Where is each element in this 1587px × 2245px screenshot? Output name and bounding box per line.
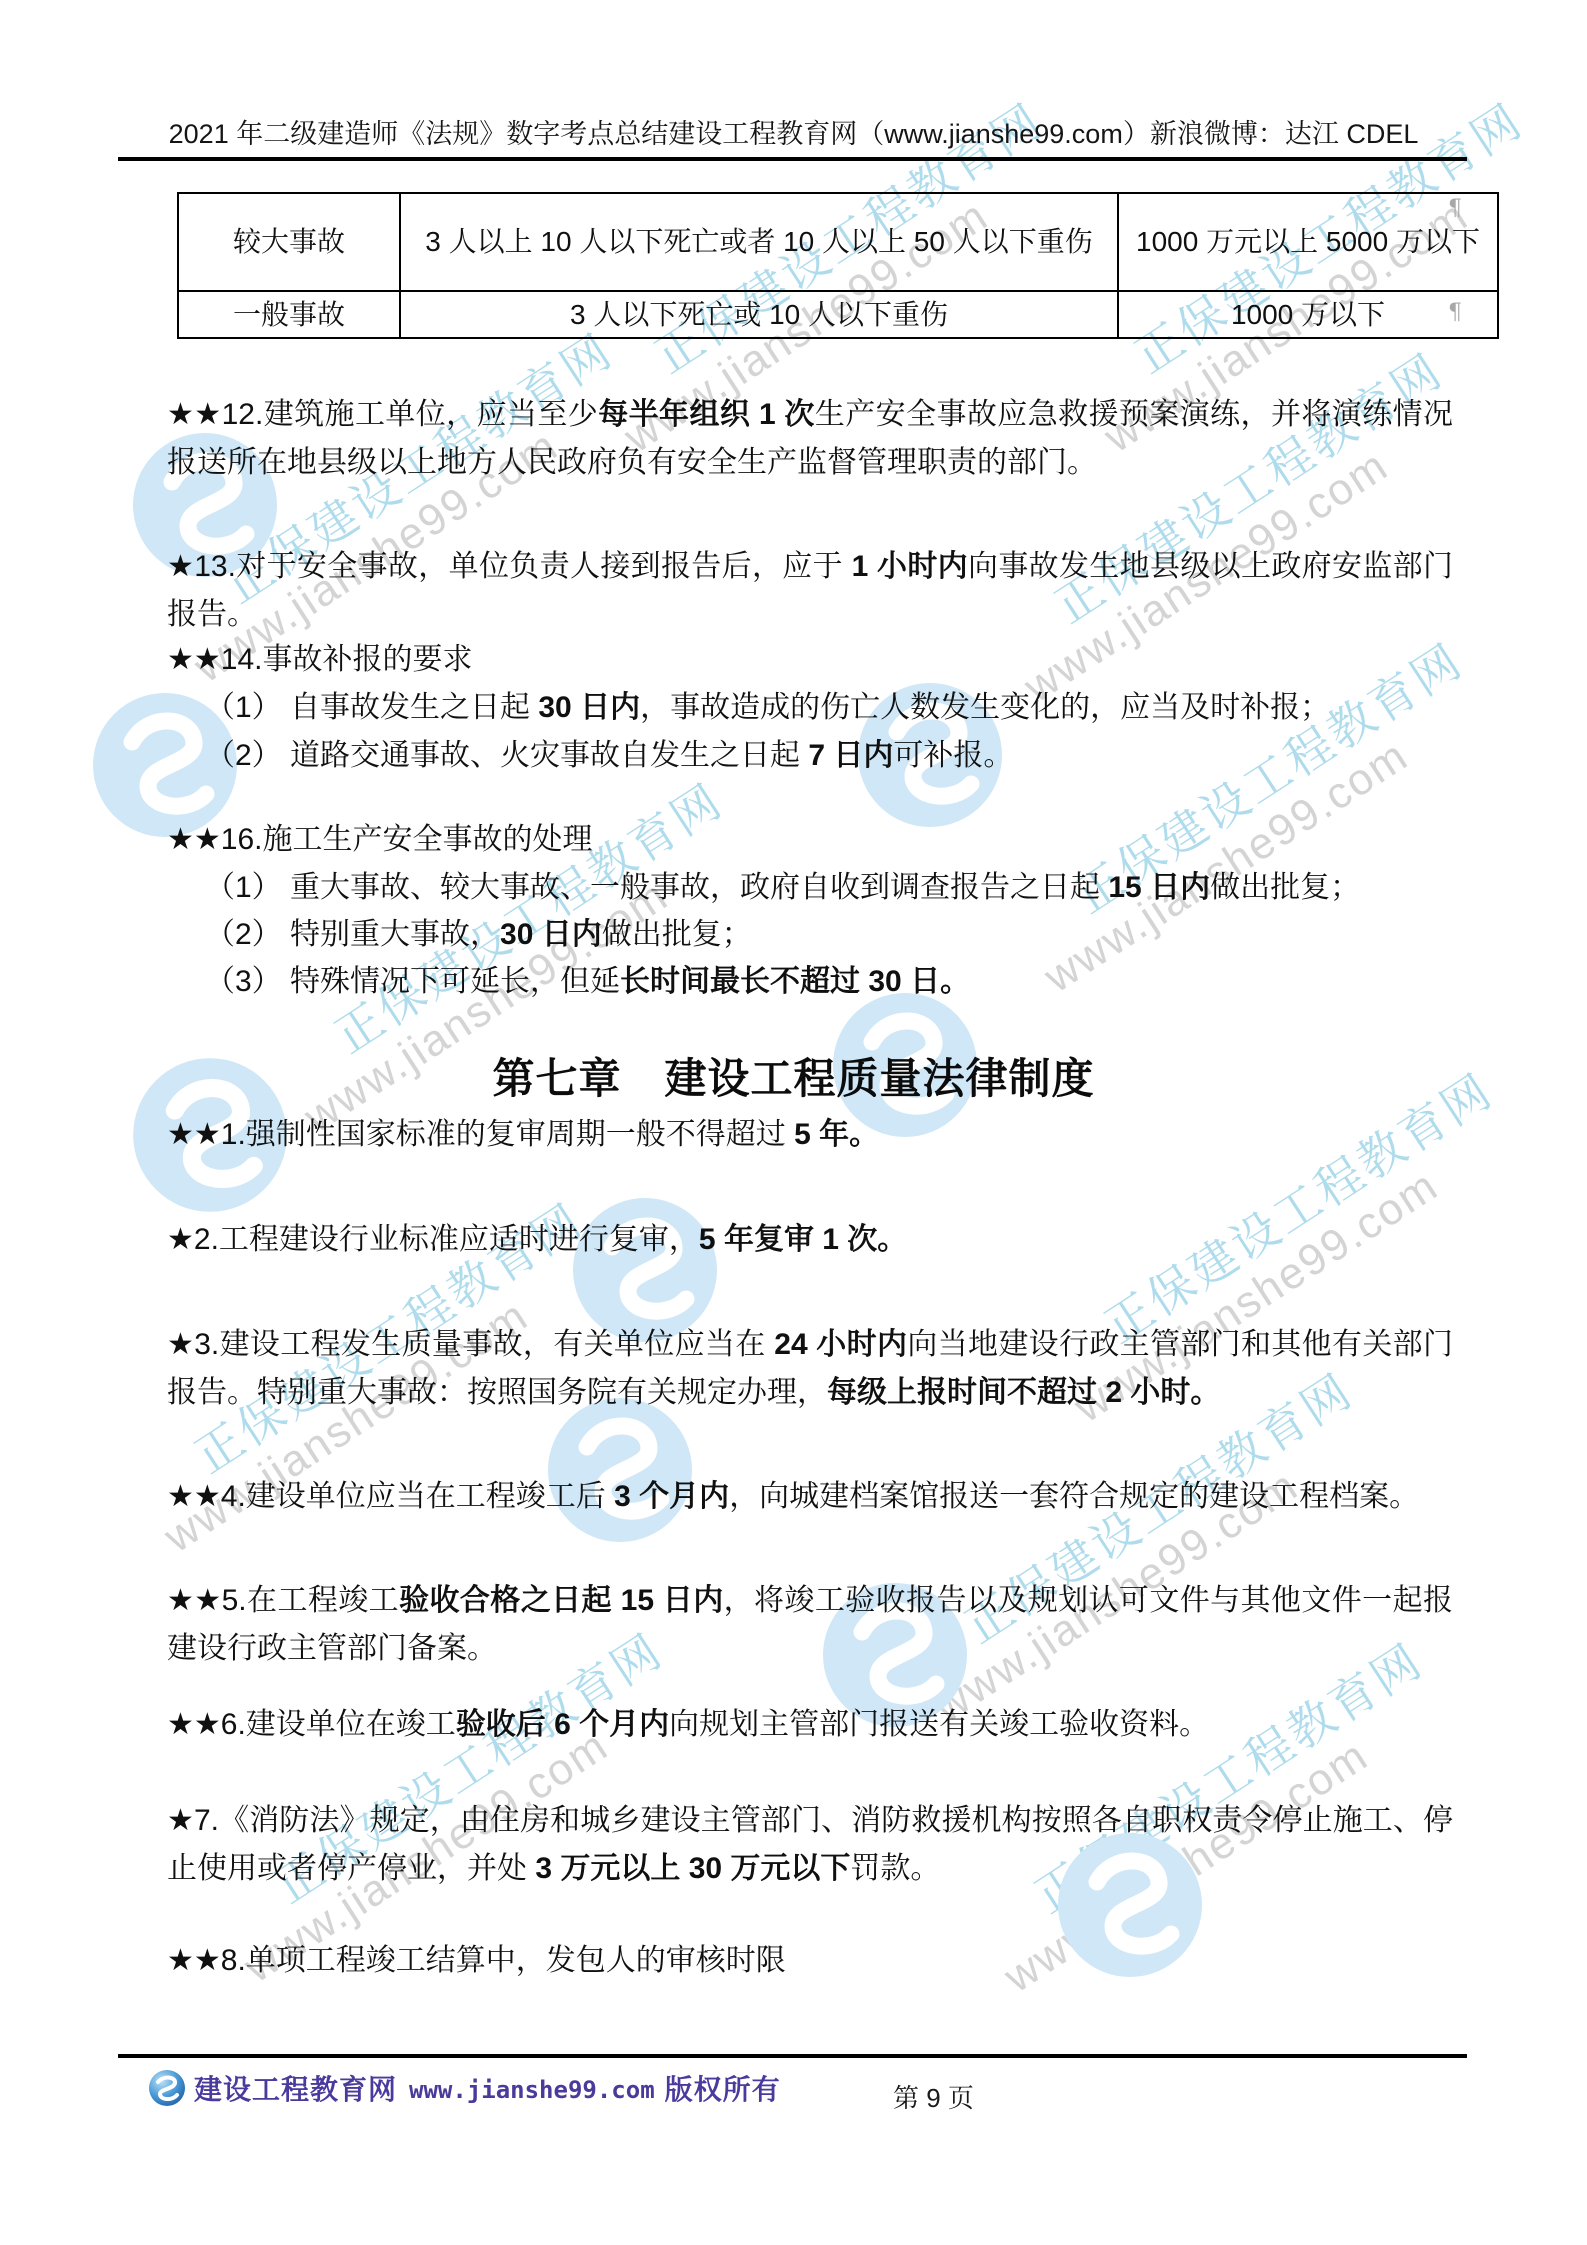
paragraph-mark: ¶ xyxy=(1448,300,1462,325)
point-8: ★★8.单项工程竣工结算中，发包人的审核时限 xyxy=(167,1937,1453,1985)
text-run: （1） 重大事故、较大事故、一般事故，政府自收到调查报告之日起 xyxy=(205,871,1108,904)
chapter-title: 第七章 建设工程质量法律制度 xyxy=(0,1046,1587,1106)
text-run: 向规划主管部门报送有关竣工验收资料。 xyxy=(669,1708,1209,1741)
bold-text-run: 24 小时内 xyxy=(774,1328,907,1361)
footer-copyright-line: 建设工程教育网 www.jianshe99.com 版权所有 xyxy=(148,2068,781,2108)
point-13: ★13.对于安全事故，单位负责人接到报告后，应于 1 小时内向事故发生地县级以上… xyxy=(167,543,1453,639)
text-run: ★13.对于安全事故，单位负责人接到报告后，应于 xyxy=(167,550,852,583)
footer-site-url: www.jianshe99.com xyxy=(409,2076,655,2104)
accident-grade-table: 较大事故 3 人以上 10 人以下死亡或者 10 人以上 50 人以下重伤 10… xyxy=(177,192,1499,339)
table-cell-loss: 1000 万元以上 5000 万以下 xyxy=(1118,193,1498,291)
point-7: ★7.《消防法》规定，由住房和城乡建设主管部门、消防救援机构按照各自职权责令停止… xyxy=(167,1797,1453,1893)
point-3: ★3.建设工程发生质量事故，有关单位应当在 24 小时内向当地建设行政主管部门和… xyxy=(167,1321,1453,1417)
paragraph-mark: ¶ xyxy=(1448,196,1462,221)
text-run: ，向城建档案馆报送一套符合规定的建设工程档案。 xyxy=(729,1480,1419,1513)
text-run: （2） 道路交通事故、火灾事故自发生之日起 xyxy=(205,739,808,772)
page-number: 第 9 页 xyxy=(893,2078,974,2115)
point-14-item-2: （2） 道路交通事故、火灾事故自发生之日起 7 日内可补报。 xyxy=(205,732,1453,780)
bold-text-run: 1 小时内 xyxy=(852,550,968,583)
content-layer: 2021 年二级建造师《法规》数字考点总结建设工程教育网（www.jianshe… xyxy=(0,0,1587,2245)
table-row: 较大事故 3 人以上 10 人以下死亡或者 10 人以上 50 人以下重伤 10… xyxy=(178,193,1498,291)
point-12: ★★12.建筑施工单位，应当至少每半年组织 1 次生产安全事故应急救援预案演练，… xyxy=(167,391,1453,487)
bold-text-run: 5 年。 xyxy=(794,1118,879,1151)
table-row: 一般事故 3 人以下死亡或 10 人以下重伤 1000 万以下 xyxy=(178,291,1498,338)
point-4: ★★4.建设单位应当在工程竣工后 3 个月内，向城建档案馆报送一套符合规定的建设… xyxy=(167,1473,1453,1521)
bold-text-run: 7 日内 xyxy=(808,739,893,772)
bold-text-run: 5 年复审 1 次。 xyxy=(699,1223,907,1256)
bold-text-run: 长时间最长不超过 30 日。 xyxy=(620,965,970,998)
table-cell-grade: 较大事故 xyxy=(178,193,400,291)
document-page: 正保建设工程教育网www.jianshe99.com正保建设工程教育网www.j… xyxy=(0,0,1587,2245)
text-run: 做出批复； xyxy=(1210,871,1360,904)
table-cell-casualty: 3 人以上 10 人以下死亡或者 10 人以上 50 人以下重伤 xyxy=(400,193,1118,291)
point-6: ★★6.建设单位在竣工验收后 6 个月内向规划主管部门报送有关竣工验收资料。 xyxy=(167,1701,1453,1749)
text-run: 可补报。 xyxy=(893,739,1013,772)
text-run: （3） 特殊情况下可延长，但延 xyxy=(205,965,620,998)
text-run: ★★4.建设单位应当在工程竣工后 xyxy=(167,1480,614,1513)
point-16-item-3: （3） 特殊情况下可延长，但延长时间最长不超过 30 日。 xyxy=(205,958,1453,1006)
bold-text-run: 验收后 6 个月内 xyxy=(456,1708,669,1741)
text-run: 罚款。 xyxy=(850,1852,940,1885)
text-run: ★★1.强制性国家标准的复审周期一般不得超过 xyxy=(167,1118,794,1151)
header-rule xyxy=(118,157,1467,161)
point-5: ★★5.在工程竣工验收合格之日起 15 日内，将竣工验收报告以及规划认可文件与其… xyxy=(167,1577,1453,1673)
point-16-item-2: （2） 特别重大事故，30 日内做出批复； xyxy=(205,911,1453,959)
text-run: ★★16.施工生产安全事故的处理 xyxy=(167,823,593,856)
table-cell-casualty: 3 人以下死亡或 10 人以下重伤 xyxy=(400,291,1118,338)
text-run: ★2.工程建设行业标准应适时进行复审， xyxy=(167,1223,699,1256)
text-run: （1） 自事故发生之日起 xyxy=(205,691,538,724)
bold-text-run: 验收合格之日起 15 日内 xyxy=(399,1584,724,1617)
point-14-item-1: （1） 自事故发生之日起 30 日内，事故造成的伤亡人数发生变化的，应当及时补报… xyxy=(205,684,1453,732)
footer-rule xyxy=(118,2054,1467,2058)
bold-text-run: 每半年组织 1 次 xyxy=(598,398,815,431)
text-run: ★3.建设工程发生质量事故，有关单位应当在 xyxy=(167,1328,774,1361)
point-16-heading: ★★16.施工生产安全事故的处理 xyxy=(167,816,1453,864)
text-run: 做出批复； xyxy=(602,918,752,951)
bold-text-run: 30 日内 xyxy=(538,691,640,724)
text-run: ★★12.建筑施工单位，应当至少 xyxy=(167,398,598,431)
text-run: ，事故造成的伤亡人数发生变化的，应当及时补报； xyxy=(640,691,1330,724)
site-logo-icon xyxy=(148,2069,186,2107)
footer-site-name: 建设工程教育网 xyxy=(194,2068,397,2108)
bold-text-run: 3 万元以上 30 万元以下 xyxy=(535,1852,850,1885)
point-16-item-1: （1） 重大事故、较大事故、一般事故，政府自收到调查报告之日起 15 日内做出批… xyxy=(205,864,1453,912)
text-run: （2） 特别重大事故， xyxy=(205,918,500,951)
page-header-title: 2021 年二级建造师《法规》数字考点总结建设工程教育网（www.jianshe… xyxy=(0,112,1587,151)
footer-copyright: 版权所有 xyxy=(665,2068,781,2108)
point-14-heading: ★★14.事故补报的要求 xyxy=(167,636,1453,684)
bold-text-run: 每级上报时间不超过 2 小时。 xyxy=(827,1376,1220,1409)
point-2: ★2.工程建设行业标准应适时进行复审，5 年复审 1 次。 xyxy=(167,1216,1453,1264)
text-run: ★★6.建设单位在竣工 xyxy=(167,1708,456,1741)
text-run: ★★8.单项工程竣工结算中，发包人的审核时限 xyxy=(167,1944,786,1977)
text-run: ★★14.事故补报的要求 xyxy=(167,643,473,676)
bold-text-run: 30 日内 xyxy=(500,918,602,951)
table-cell-grade: 一般事故 xyxy=(178,291,400,338)
text-run: ★★5.在工程竣工 xyxy=(167,1584,399,1617)
bold-text-run: 15 日内 xyxy=(1108,871,1210,904)
bold-text-run: 3 个月内 xyxy=(614,1480,729,1513)
table-cell-loss: 1000 万以下 xyxy=(1118,291,1498,338)
point-1: ★★1.强制性国家标准的复审周期一般不得超过 5 年。 xyxy=(167,1111,1453,1159)
